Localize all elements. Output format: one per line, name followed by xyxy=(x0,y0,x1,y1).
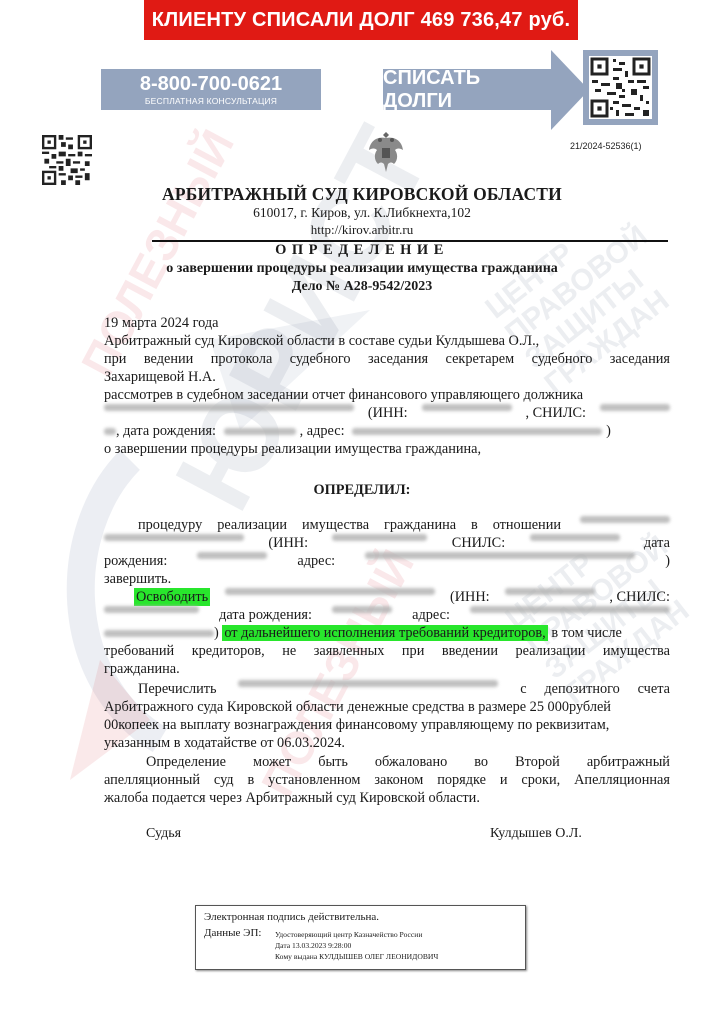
signature-name: Кулдышев О.Л. xyxy=(490,826,582,842)
para2-line-4: требованийкредиторов,незаявленныхприввед… xyxy=(104,642,670,660)
court-name: АРБИТРАЖНЫЙ СУД КИРОВСКОЙ ОБЛАСТИ xyxy=(0,184,724,205)
para3-line-3: 00копеек на выплату вознаграждения финан… xyxy=(104,716,670,734)
para1-line-2: (ИНН: СНИЛС: дата xyxy=(104,534,670,552)
document-subtitle: о завершении процедуры реализации имущес… xyxy=(0,261,724,277)
para4-line-1: ОпределениеможетбытьобжаловановоВторойар… xyxy=(104,753,670,771)
qr-code-icon xyxy=(589,56,652,119)
redacted-inn xyxy=(422,404,512,411)
redacted-dob xyxy=(224,428,296,435)
case-number: Дело № А28-9542/2023 xyxy=(0,279,724,295)
write-off-debts-button[interactable]: СПИСАТЬ ДОЛГИ xyxy=(383,69,551,110)
decision-date: 19 марта 2024 года xyxy=(104,314,670,332)
signature-data-label: Данные ЭП: xyxy=(204,927,261,939)
court-address: 610017, г. Киров, ул. К.Либкнехта,102 xyxy=(0,205,724,221)
para2-line-5: гражданина. xyxy=(104,660,670,678)
para1-line-4: завершить. xyxy=(104,570,670,588)
court-website-link[interactable]: http://kirov.arbitr.ru xyxy=(0,222,724,238)
qr-code-icon xyxy=(42,135,92,185)
para4-line-3: жалоба подается через Арбитражный суд Ки… xyxy=(104,789,670,807)
intro-line-6: , дата рождения: , адрес: ) xyxy=(104,422,670,440)
redacted-snils xyxy=(600,404,670,411)
redacted-snils xyxy=(104,606,199,613)
redacted-dob xyxy=(197,552,267,559)
para2-line-3: ) от дальнейшего исполнения требований к… xyxy=(104,624,670,642)
coat-of-arms-icon xyxy=(366,128,406,175)
redacted-snils xyxy=(530,534,620,541)
redacted-dob xyxy=(332,606,392,613)
redacted-address xyxy=(104,630,214,637)
redacted-address xyxy=(365,552,635,559)
para1-line-3: рождения: адрес: ) xyxy=(104,552,670,570)
redacted-name xyxy=(104,534,244,541)
signature-label: Судья xyxy=(146,826,181,842)
intro-line-5: (ИНН: , СНИЛС: xyxy=(104,404,670,422)
highlight-release-from-debts: от дальнейшего исполнения требований кре… xyxy=(222,625,547,641)
intro-line-4: рассмотрев в судебном заседании отчет фи… xyxy=(104,386,670,404)
document-number: 21/2024-52536(1) xyxy=(570,141,642,151)
document-qr-code xyxy=(42,135,92,185)
intro-line-7: о завершении процедуры реализации имущес… xyxy=(104,440,670,458)
para1-line-1: процедуруреализацииимуществагражданинаво… xyxy=(104,516,670,534)
electronic-signature-box: Электронная подпись действительна. Данны… xyxy=(195,905,526,970)
intro-line-1: Арбитражный суд Кировской области в сост… xyxy=(104,332,670,350)
para2-line-2: дата рождения: адрес: xyxy=(104,606,670,624)
phone-caption: БЕСПЛАТНАЯ КОНСУЛЬТАЦИЯ xyxy=(101,96,321,107)
phone-consultation-button[interactable]: 8-800-700-0621 БЕСПЛАТНАЯ КОНСУЛЬТАЦИЯ xyxy=(101,69,321,110)
document-title: ОПРЕДЕЛЕНИЕ xyxy=(0,242,724,259)
promo-qr-code[interactable] xyxy=(583,50,658,125)
phone-number: 8-800-700-0621 xyxy=(101,72,321,96)
redacted-inn xyxy=(505,588,595,595)
ruled-heading: ОПРЕДЕЛИЛ: xyxy=(0,482,724,499)
redacted-name xyxy=(238,680,498,687)
intro-line-3: Захарищевой Н.А. xyxy=(104,368,670,386)
highlight-release: Освободить xyxy=(134,588,210,606)
signature-data: Удостоверяющий центр Казначейство России… xyxy=(275,929,438,962)
redacted-name xyxy=(580,516,670,523)
redacted-address xyxy=(352,428,602,435)
redacted-name xyxy=(104,404,354,411)
para2-line-1: Освободить (ИНН: , СНИЛС: xyxy=(104,588,670,606)
para4-line-2: апелляционныйсудвустановленномзакономпор… xyxy=(104,771,670,789)
para3-line-1: Перечислить сдепозитногосчета xyxy=(104,680,670,698)
para3-line-4: указанным в ходатайстве от 06.03.2024. xyxy=(104,734,670,752)
para3-line-2: Арбитражного суда Кировской области дене… xyxy=(104,698,670,716)
redacted-name xyxy=(225,588,435,595)
intro-line-2: приведениипротоколасудебногозаседаниясек… xyxy=(104,350,670,368)
redacted-address xyxy=(470,606,670,613)
debt-written-off-banner: КЛИЕНТУ СПИСАЛИ ДОЛГ 469 736,47 руб. xyxy=(144,0,578,40)
signature-valid-text: Электронная подпись действительна. xyxy=(204,911,379,923)
redacted-inn xyxy=(332,534,427,541)
